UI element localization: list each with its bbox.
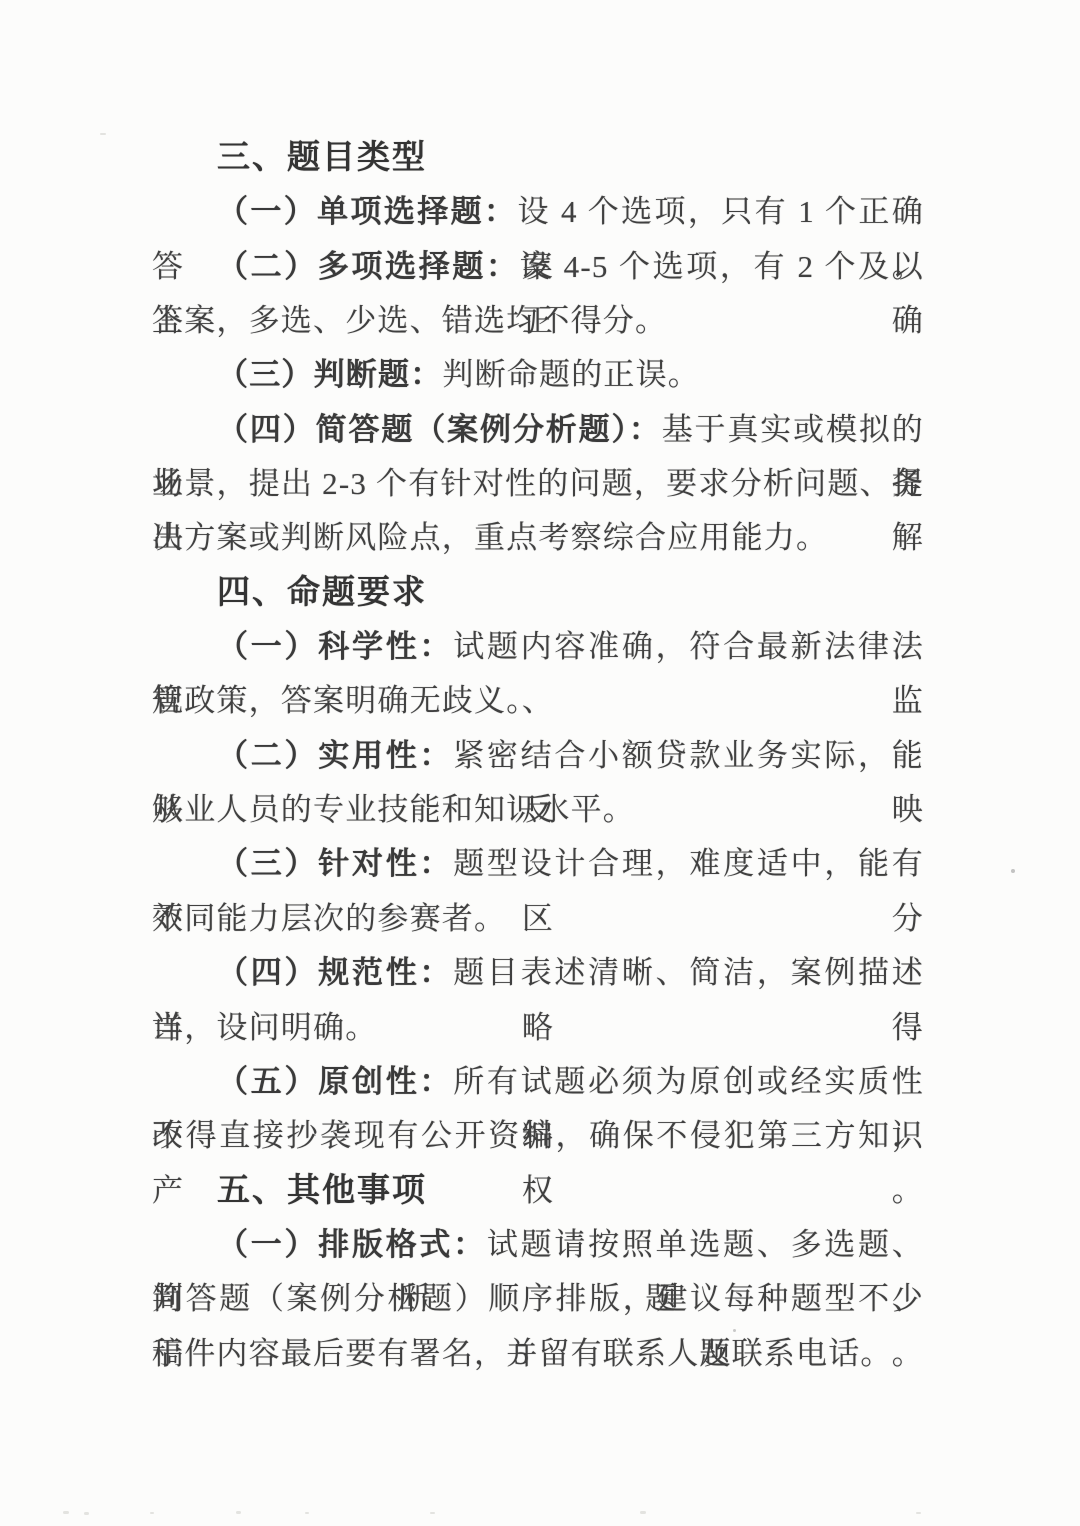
doc-line: （二）实用性：紧密结合小额贷款业务实际，能够反映 bbox=[152, 729, 924, 783]
doc-line: （四）规范性：题目表述清晰、简洁，案例描述详略得 bbox=[152, 946, 924, 1000]
doc-line: （四）简答题（案例分析题）：基于真实或模拟的业务 bbox=[152, 403, 924, 457]
doc-line: （一）科学性：试题内容准确，符合最新法律法规、监 bbox=[152, 620, 924, 674]
line-text: 答案，多选、少选、错选均不得分。 bbox=[152, 303, 667, 338]
line-text: 从业人员的专业技能和知识水平。 bbox=[152, 792, 635, 827]
line-text: 管政策，答案明确无歧义。 bbox=[152, 683, 538, 718]
scan-artifact bbox=[150, 1512, 154, 1514]
item-label: （三）判断题： bbox=[217, 357, 442, 392]
line-text: 当，设问明确。 bbox=[152, 1010, 377, 1045]
heading-text: 五、其他事项 bbox=[217, 1173, 427, 1209]
doc-line: （二）多项选择题：设 4-5 个选项，有 2 个及以上正确 bbox=[152, 240, 924, 294]
scan-artifact bbox=[305, 1512, 309, 1514]
line-text: 决方案或判断风险点，重点考察综合应用能力。 bbox=[152, 520, 828, 555]
scan-artifact bbox=[100, 133, 106, 135]
item-label: （三）针对性： bbox=[217, 846, 453, 881]
scanned-document-page: 三、题目类型 （一）单项选择题：设 4 个选项，只有 1 个正确答案。 （二）多… bbox=[0, 0, 1080, 1526]
line-text: 不同能力层次的参赛者。 bbox=[152, 901, 506, 936]
item-label: （四）规范性： bbox=[217, 955, 453, 990]
doc-line: 稿件内容最后要有署名，并留有联系人及联系电话。 bbox=[152, 1327, 924, 1381]
document-text-block: 三、题目类型 （一）单项选择题：设 4 个选项，只有 1 个正确答案。 （二）多… bbox=[152, 131, 924, 1381]
heading-text: 三、题目类型 bbox=[217, 140, 427, 176]
doc-line: 不得直接抄袭现有公开资料，确保不侵犯第三方知识产权。 bbox=[152, 1109, 924, 1163]
doc-line: 决方案或判断风险点，重点考察综合应用能力。 bbox=[152, 511, 924, 565]
scan-artifact bbox=[733, 1329, 736, 1332]
doc-line: （三）针对性：题型设计合理，难度适中，能有效区分 bbox=[152, 837, 924, 891]
doc-line: （一）排版格式：试题请按照单选题、多选题、判断题、 bbox=[152, 1218, 924, 1272]
section-heading-requirements: 四、命题要求 bbox=[152, 566, 924, 620]
item-label: （五）原创性： bbox=[217, 1064, 453, 1099]
item-label: （一）科学性： bbox=[217, 629, 453, 664]
item-label: （二）实用性： bbox=[217, 738, 453, 773]
doc-line: （三）判断题：判断命题的正误。 bbox=[152, 348, 924, 402]
item-label: （四）简答题（案例分析题）： bbox=[217, 412, 662, 447]
scan-artifact bbox=[1011, 869, 1015, 873]
heading-text: 四、命题要求 bbox=[217, 575, 427, 611]
scan-artifact bbox=[236, 1511, 241, 1514]
scan-artifact bbox=[84, 1512, 89, 1515]
line-text: 稿件内容最后要有署名，并留有联系人及联系电话。 bbox=[152, 1336, 893, 1371]
item-label: （二）多项选择题： bbox=[217, 249, 520, 284]
scan-artifact bbox=[916, 1512, 921, 1514]
scan-artifact bbox=[640, 1511, 646, 1514]
doc-line: （五）原创性：所有试题必须为原创或经实质性改编， bbox=[152, 1055, 924, 1109]
scan-artifact bbox=[430, 1512, 435, 1514]
item-label: （一）排版格式： bbox=[217, 1227, 487, 1262]
item-label: （一）单项选择题： bbox=[217, 194, 517, 229]
doc-line: （一）单项选择题：设 4 个选项，只有 1 个正确答案。 bbox=[152, 185, 924, 239]
doc-line: 简答题（案例分析题）顺序排版，建议每种题型不少于 5 题。 bbox=[152, 1272, 924, 1326]
line-text: 判断命题的正误。 bbox=[442, 357, 700, 392]
scan-artifact bbox=[63, 1511, 69, 1514]
doc-line: 场景，提出 2-3 个有针对性的问题，要求分析问题、提出解 bbox=[152, 457, 924, 511]
section-heading-question-types: 三、题目类型 bbox=[152, 131, 924, 185]
